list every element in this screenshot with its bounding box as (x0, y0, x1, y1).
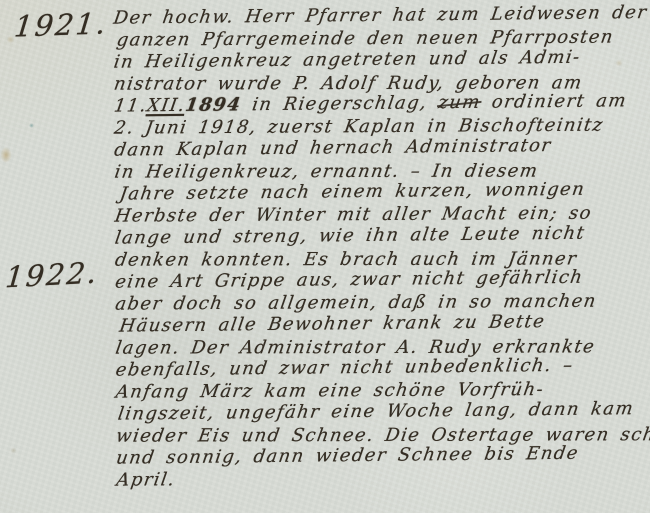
document-page: 1921. 1922. Der hochw. Herr Pfarrer hat … (0, 0, 650, 513)
margin-year-1922: 1922. (3, 256, 98, 295)
margin-year-label: 1921. (13, 6, 110, 43)
paper-speck (28, 122, 35, 129)
margin-year-label: 1922. (4, 255, 100, 294)
text-line: dann Kaplan und hernach Administrator (113, 136, 649, 161)
chronicle-text-block: Der hochw. Herr Pfarrer hat zum Leidwese… (113, 4, 650, 491)
line-text: April. (115, 469, 177, 491)
text-line: und sonnig, dann wieder Schnee bis Ende (115, 444, 650, 469)
text-line: eine Art Grippe aus, zwar nicht gefährli… (114, 268, 650, 293)
text-line: April. (115, 466, 650, 491)
line-text: dann Kaplan und hernach Administrator (113, 135, 553, 162)
line-text: eine Art Grippe aus, zwar nicht gefährli… (114, 267, 585, 294)
line-text: 11.XII.1894 in Riegerschlag, zum ordinie… (113, 90, 629, 117)
text-line-birthdate: 11.XII.1894 in Riegerschlag, zum ordinie… (113, 92, 649, 117)
line-text: Der hochw. Herr Pfarrer hat zum Leidwese… (112, 2, 649, 30)
text-line: Der hochw. Herr Pfarrer hat zum Leidwese… (113, 4, 649, 29)
paper-stain (0, 144, 14, 166)
date-day: 11. (113, 95, 149, 116)
line-text: lange und streng, wie ihn alte Leute nic… (113, 223, 586, 250)
date-year-overwritten: 1894 (184, 94, 243, 116)
text-line: lingszeit, ungefähr eine Woche lang, dan… (115, 400, 650, 425)
paper-speck (9, 446, 18, 455)
line-text: in Heiligenkreuz angetreten und als Admi… (112, 47, 582, 74)
line-text: Jahre setzte nach einem kurzen, wonnigen (118, 179, 587, 206)
line-text: in Riegerschlag, (240, 92, 440, 115)
margin-year-1921: 1921. (12, 6, 106, 43)
line-text: und sonnig, dann wieder Schnee bis Ende (115, 443, 581, 470)
text-line: aber doch so allgemein, daß in so manche… (114, 290, 650, 315)
line-text: lingszeit, ungefähr eine Woche lang, dan… (116, 398, 635, 425)
line-text: Häusern alle Bewohner krank zu Bette (118, 311, 547, 337)
text-line: in Heiligenkreuz angetreten und als Admi… (113, 48, 649, 73)
text-line: lange und streng, wie ihn alte Leute nic… (114, 224, 650, 249)
text-line: Häusern alle Bewohner krank zu Bette (114, 312, 650, 337)
date-roman-month-underlined: XII. (146, 95, 187, 116)
struck-word: zum (437, 92, 482, 113)
text-line: Jahre setzte nach einem kurzen, wonnigen (114, 180, 650, 205)
line-text: ordiniert am (479, 90, 628, 113)
line-text: ebenfalls, und zwar nicht unbedenklich. … (114, 355, 575, 382)
text-line: ebenfalls, und zwar nicht unbedenklich. … (115, 356, 650, 381)
